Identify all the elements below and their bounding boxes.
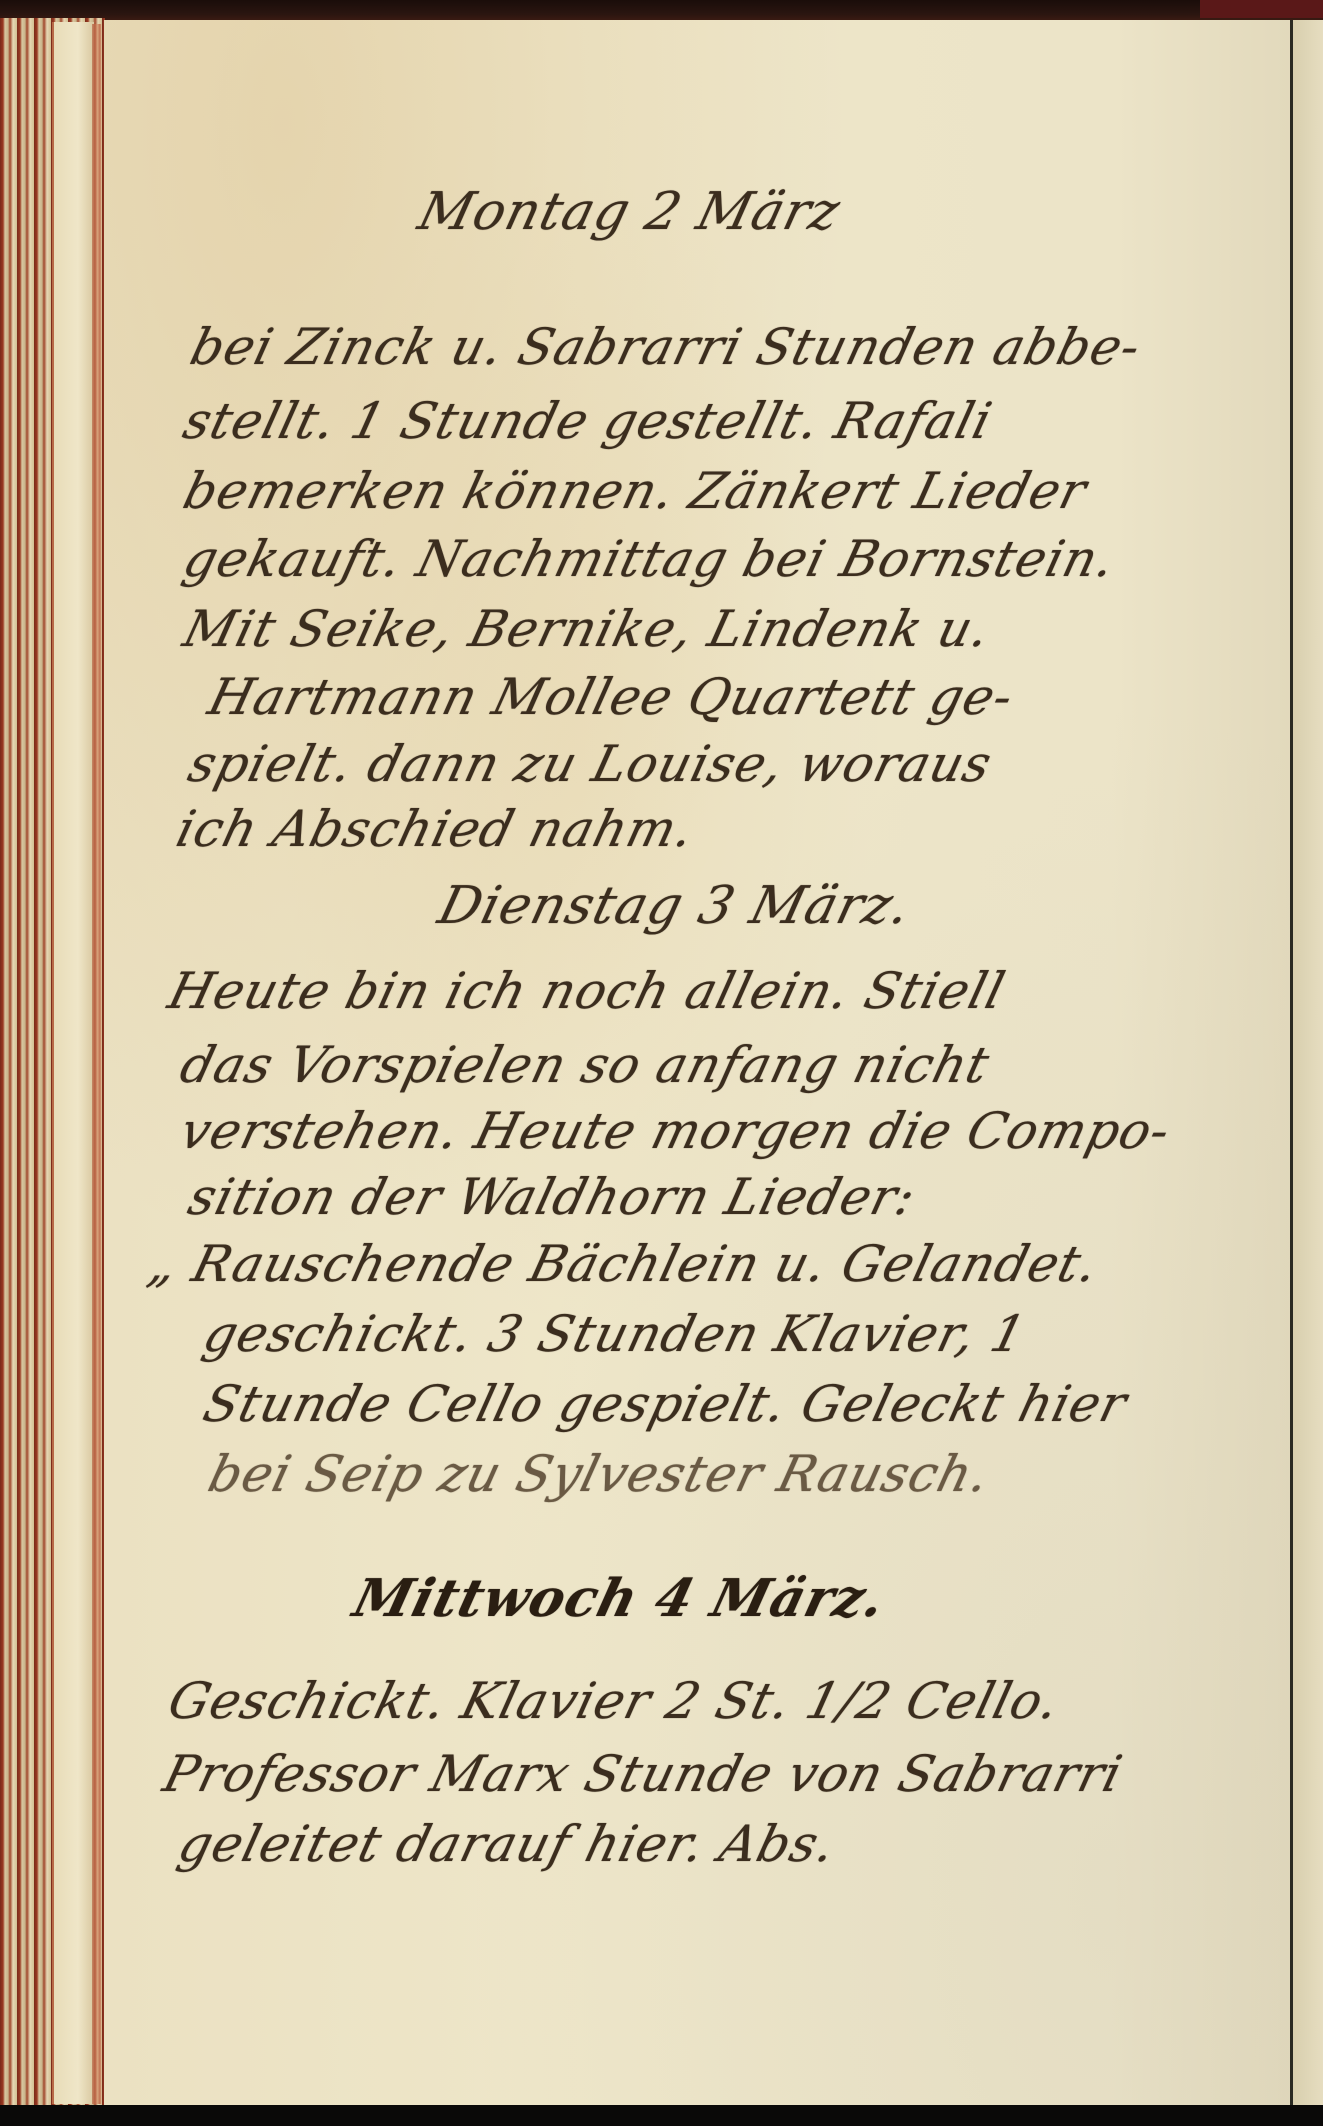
entry-heading-montag: Montag 2 März (413, 182, 847, 242)
entry-line: Professor Marx Stunde von Sabrarri (158, 1745, 1129, 1803)
entry-heading-mittwoch: Mittwoch 4 März. (347, 1568, 891, 1629)
entry-line: Hartmann Mollee Quartett ge- (203, 668, 1020, 726)
entry-line: Heute bin ich noch allein. Stiell (163, 962, 1011, 1020)
entry-line: ich Abschied nahm. (171, 800, 701, 858)
entry-line-pencil: bei Seip zu Sylvester Rausch. (203, 1445, 996, 1503)
entry-line: Stunde Cello gespielt. Geleckt hier (198, 1375, 1133, 1433)
entry-line: sition der Waldhorn Lieder: (183, 1168, 922, 1226)
book-cover-bottom (0, 2105, 1323, 2126)
book-cover-top (0, 0, 1323, 20)
page-edge-red-rule (92, 24, 102, 2104)
cover-spine-red (1200, 0, 1323, 18)
entry-line: „ Rauschende Bächlein u. Gelandet. (143, 1235, 1105, 1293)
entry-line: Mit Seike, Bernike, Lindenk u. (178, 600, 997, 658)
facing-page-edge (1293, 20, 1323, 2106)
entry-line: das Vorspielen so anfang nicht (175, 1036, 996, 1094)
entry-line: geleitet darauf hier. Abs. (173, 1815, 842, 1873)
entry-line: bemerken können. Zänkert Lieder (178, 462, 1093, 520)
entry-line: Geschickt. Klavier 2 St. 1/2 Cello. (163, 1672, 1066, 1730)
entry-line: geschickt. 3 Stunden Klavier, 1 (198, 1305, 1032, 1363)
entry-line: stellt. 1 Stunde gestellt. Rafali (178, 392, 998, 450)
diary-page-scan: Montag 2 März bei Zinck u. Sabrarri Stun… (0, 0, 1323, 2126)
entry-line: bei Zinck u. Sabrarri Stunden abbe- (185, 318, 1147, 376)
entry-line: gekauft. Nachmittag bei Bornstein. (178, 530, 1122, 588)
entry-heading-dienstag: Dienstag 3 März. (433, 876, 918, 936)
entry-line: spielt. dann zu Louise, woraus (183, 735, 998, 793)
under-page (52, 22, 94, 2104)
entry-line: verstehen. Heute morgen die Compo- (175, 1102, 1177, 1160)
page-edge-stack (0, 18, 105, 2108)
